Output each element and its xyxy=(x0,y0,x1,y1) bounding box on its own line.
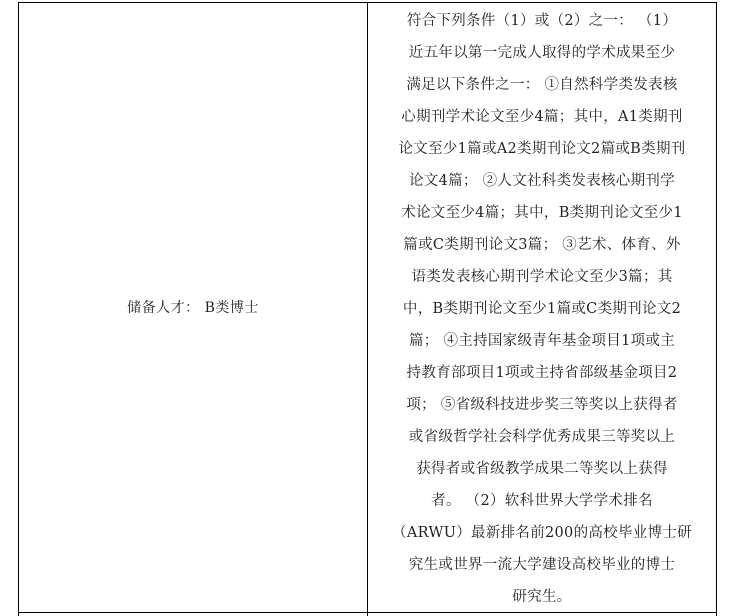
requirement-line: 心期刊学术论文至少4篇；其中，A1类期刊 xyxy=(368,105,716,126)
requirement-line: 或省级哲学社会科学优秀成果三等奖以上 xyxy=(368,425,716,446)
requirement-line: 语类发表核心期刊学术论文至少3篇；其 xyxy=(368,265,716,286)
requirement-line: 中，B类期刊论文至少1篇或C类期刊论文2 xyxy=(368,297,716,318)
requirement-line: 满足以下条件之一： ①自然科学类发表核 xyxy=(368,73,716,94)
requirement-line: 符合下列条件（1）或（2）之一： （1） xyxy=(368,9,716,30)
requirement-line: 持教育部项目1项或主持省部级基金项目2 xyxy=(368,361,716,382)
requirement-line: 近五年以第一完成人取得的学术成果至少 xyxy=(368,41,716,62)
requirements-cell: 符合下列条件（1）或（2）之一： （1） 近五年以第一完成人取得的学术成果至少 … xyxy=(368,3,716,611)
requirement-line: 项； ⑤省级科技进步奖三等奖以上获得者 xyxy=(368,393,716,414)
requirement-line: 获得者或省级教学成果二等奖以上获得 xyxy=(368,457,716,478)
talent-category-cell: 储备人才： B类博士 xyxy=(19,3,367,611)
requirement-line: 究生或世界一流大学建设高校毕业的博士 xyxy=(368,553,716,574)
requirement-line: 论文4篇； ②人文社科类发表核心期刊学 xyxy=(368,169,716,190)
talent-category-label: 储备人才： B类博士 xyxy=(127,297,259,317)
requirement-line: 论文至少1篇或A2类期刊论文2篇或B类期刊 xyxy=(368,137,716,158)
requirement-line: 篇或C类期刊论文3篇； ③艺术、体育、外 xyxy=(368,233,716,254)
requirement-line: 术论文至少4篇；其中，B类期刊论文至少1 xyxy=(368,201,716,222)
table-border-right xyxy=(716,2,717,616)
requirement-line: 者。 （2）软科世界大学学术排名 xyxy=(368,489,716,510)
requirement-line: 研究生。 xyxy=(368,585,716,606)
requirement-line: （ARWU）最新排名前200的高校毕业博士研 xyxy=(368,521,716,542)
requirement-line: 篇； ④主持国家级青年基金项目1项或主 xyxy=(368,329,716,350)
